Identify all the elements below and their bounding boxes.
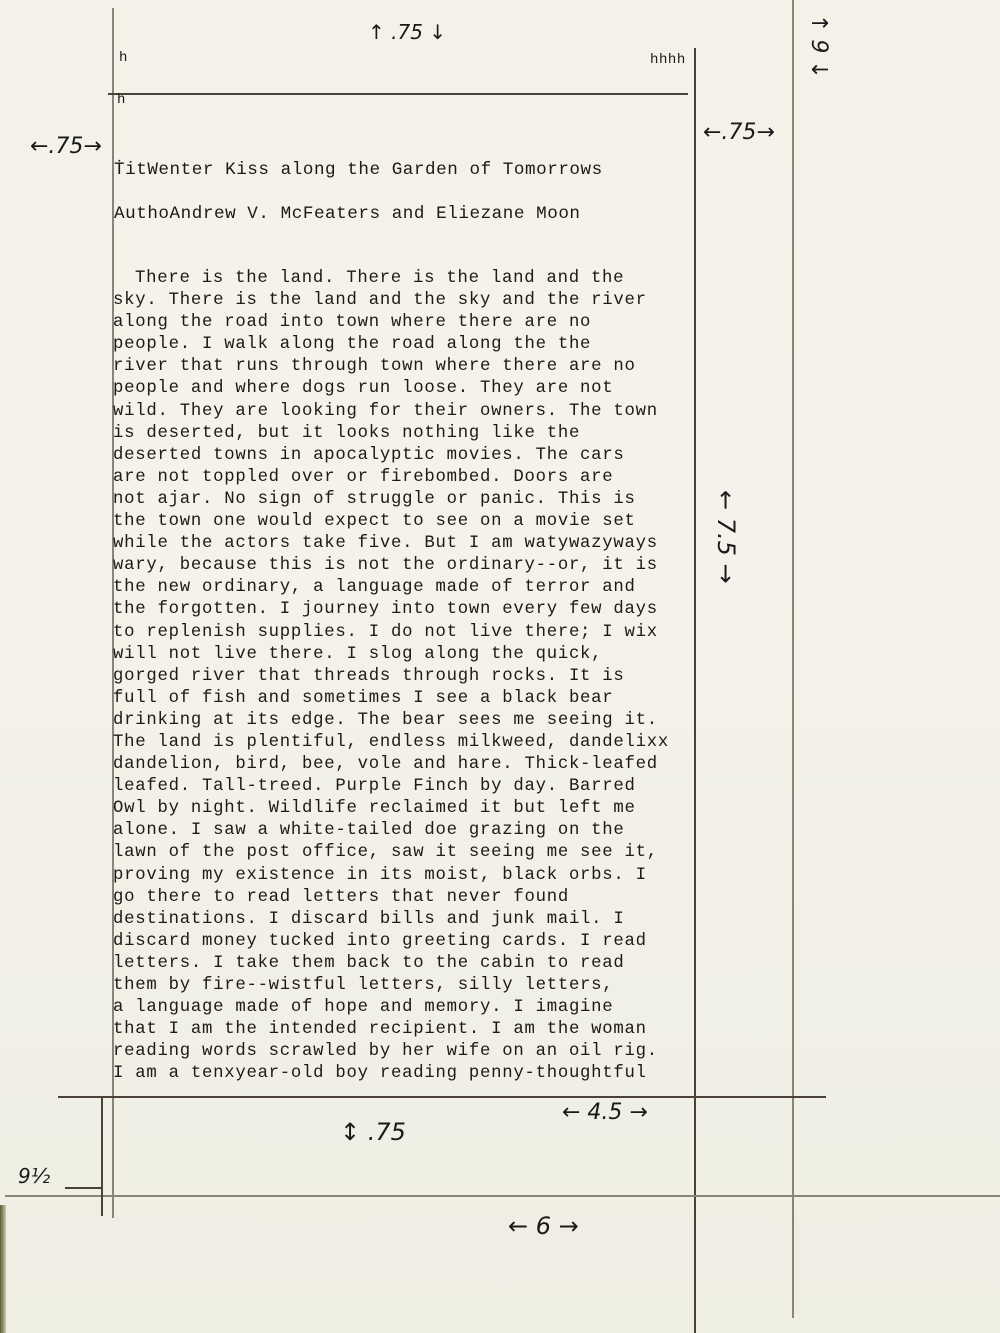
body-line: destinations. I discard bills and junk m… [113, 909, 703, 931]
bottom-text-line [58, 1096, 826, 1098]
body-line: people. I walk along the road along the … [113, 334, 703, 356]
body-line: along the road into town where there are… [113, 312, 703, 334]
body-line: the forgotten. I journey into town every… [113, 599, 703, 621]
author-line: AuthoAndrew V. McFeaters and Eliezane Mo… [114, 204, 581, 224]
body-line: people and where dogs run loose. They ar… [113, 378, 703, 400]
body-line: sky. There is the land and the sky and t… [113, 290, 703, 312]
manuscript-body: There is the land. There is the land and… [113, 268, 703, 1085]
body-line: discard money tucked into greeting cards… [113, 931, 703, 953]
body-line: the town one would expect to see on a mo… [113, 511, 703, 533]
body-line: drinking at its edge. The bear sees me s… [113, 710, 703, 732]
body-line: go there to read letters that never foun… [113, 887, 703, 909]
header-mark-left-top: h [119, 50, 128, 66]
body-line: gorged river that threads through rocks.… [113, 666, 703, 688]
body-line: not ajar. No sign of struggle or panic. … [113, 489, 703, 511]
bottom-page-line [5, 1195, 1000, 1197]
text-width-annotation: ← 4.5 → [562, 1100, 648, 1125]
body-line: a language made of hope and memory. I im… [113, 997, 703, 1019]
bottom-left-vertical [101, 1096, 103, 1216]
body-line: leafed. Tall-treed. Purple Finch by day.… [113, 776, 703, 798]
body-line: full of fish and sometimes I see a black… [113, 688, 703, 710]
page-width-annotation: ← 6 → [508, 1212, 579, 1240]
body-line: There is the land. There is the land and… [113, 268, 703, 290]
body-line: them by fire--wistful letters, silly let… [113, 975, 703, 997]
body-line: proving my existence in its moist, black… [113, 865, 703, 887]
header-mark-left-mid: h [117, 92, 126, 108]
text-height-annotation: ← 7.5 → [712, 490, 740, 584]
body-line: to replenish supplies. I do not live the… [113, 622, 703, 644]
body-line: will not live there. I slog along the qu… [113, 644, 703, 666]
body-line: The land is plentiful, endless milkweed,… [113, 732, 703, 754]
bottom-margin-annotation: ↕ .75 [340, 1118, 406, 1146]
body-line: wild. They are looking for their owners.… [113, 401, 703, 423]
body-line: lawn of the post office, saw it seeing m… [113, 842, 703, 864]
top-margin-annotation: ↑ .75 ↓ [368, 20, 446, 44]
body-line: reading words scrawled by her wife on an… [113, 1041, 703, 1063]
body-line: wary, because this is not the ordinary--… [113, 555, 703, 577]
body-line: is deserted, but it looks nothing like t… [113, 423, 703, 445]
body-line: river that runs through town where there… [113, 356, 703, 378]
page-right-edge-line [792, 0, 794, 1318]
body-line: letters. I take them back to the cabin t… [113, 953, 703, 975]
left-margin-annotation: ←.75→ [30, 134, 102, 159]
body-line: I am a tenxyear-old boy reading penny-th… [113, 1063, 703, 1085]
body-line: are not toppled over or firebombed. Door… [113, 467, 703, 489]
body-line: alone. I saw a white-tailed doe grazing … [113, 820, 703, 842]
top-margin-line [108, 93, 688, 95]
body-line: Owl by night. Wildlife reclaimed it but … [113, 798, 703, 820]
body-line: the new ordinary, a language made of ter… [113, 577, 703, 599]
body-line: that I am the intended recipient. I am t… [113, 1019, 703, 1041]
right-margin-annotation: ←.75→ [703, 120, 775, 145]
body-line: dandelion, bird, bee, vole and hare. Thi… [113, 754, 703, 776]
body-line: deserted towns in apocalyptic movies. Th… [113, 445, 703, 467]
page-height-annotation: ↑ 9 ↓ [806, 14, 831, 79]
title-line: ṪitWenter Kiss along the Garden of Tomo… [114, 160, 603, 180]
bottom-left-tick [65, 1187, 103, 1189]
photo-edge-shadow [0, 1205, 6, 1333]
bottom-left-annotation: 9½ [18, 1164, 50, 1188]
header-mark-right: hhhh [650, 52, 686, 68]
body-line: while the actors take five. But I am wat… [113, 533, 703, 555]
